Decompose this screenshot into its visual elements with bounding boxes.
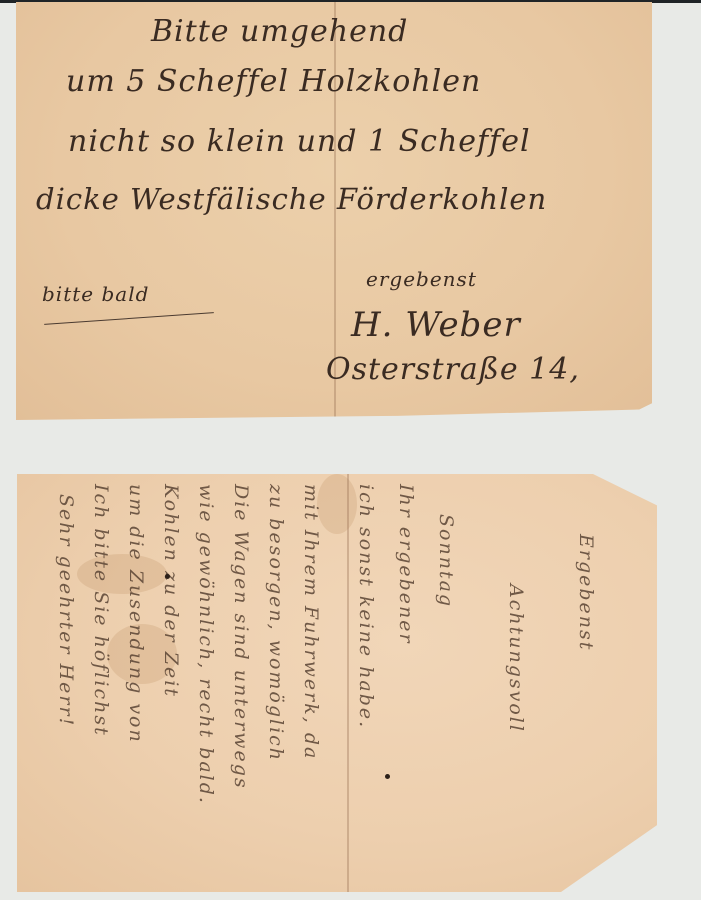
text-column: Sehr geehrter Herr! <box>55 494 77 727</box>
bottom-card: Sehr geehrter Herr! Ich bitte Sie höflic… <box>17 474 657 892</box>
text-column: um die Zusendung von <box>125 484 147 744</box>
signature: H. Weber <box>351 305 521 345</box>
text-column: zu besorgen, womöglich <box>265 484 287 762</box>
ink-blot <box>165 574 170 579</box>
text-column: Achtungsvoll <box>505 584 527 733</box>
underline <box>44 312 214 325</box>
text-column: Sonntag <box>435 514 457 608</box>
postscript: bitte bald <box>42 282 149 306</box>
text-column: Ihr ergebener <box>395 484 417 645</box>
stain <box>317 474 357 534</box>
letter-line-2: um 5 Scheffel Holzkohlen <box>66 64 481 99</box>
address: Osterstraße 14, <box>326 352 580 387</box>
text-column: ich sonst keine habe. <box>355 484 377 729</box>
text-column: Die Wagen sind unterwegs <box>230 484 252 790</box>
text-column: Ich bitte Sie höflichst <box>90 484 112 737</box>
closing: ergebenst <box>366 267 477 291</box>
text-column: Kohlen zu der Zeit <box>160 484 182 698</box>
text-column: Ergebenst <box>575 534 597 651</box>
letter-line-4: dicke Westfälische Förderkohlen <box>36 182 547 216</box>
text-column: mit Ihrem Fuhrwerk, da <box>300 484 322 760</box>
text-column: wie gewöhnlich, recht bald. <box>195 484 217 805</box>
ink-blot <box>385 774 390 779</box>
letter-line-3: nicht so klein und 1 Scheffel <box>68 124 531 159</box>
top-card: Bitte umgehend um 5 Scheffel Holzkohlen … <box>16 2 652 420</box>
fold-line <box>347 474 349 892</box>
letter-line-1: Bitte umgehend <box>151 14 408 49</box>
